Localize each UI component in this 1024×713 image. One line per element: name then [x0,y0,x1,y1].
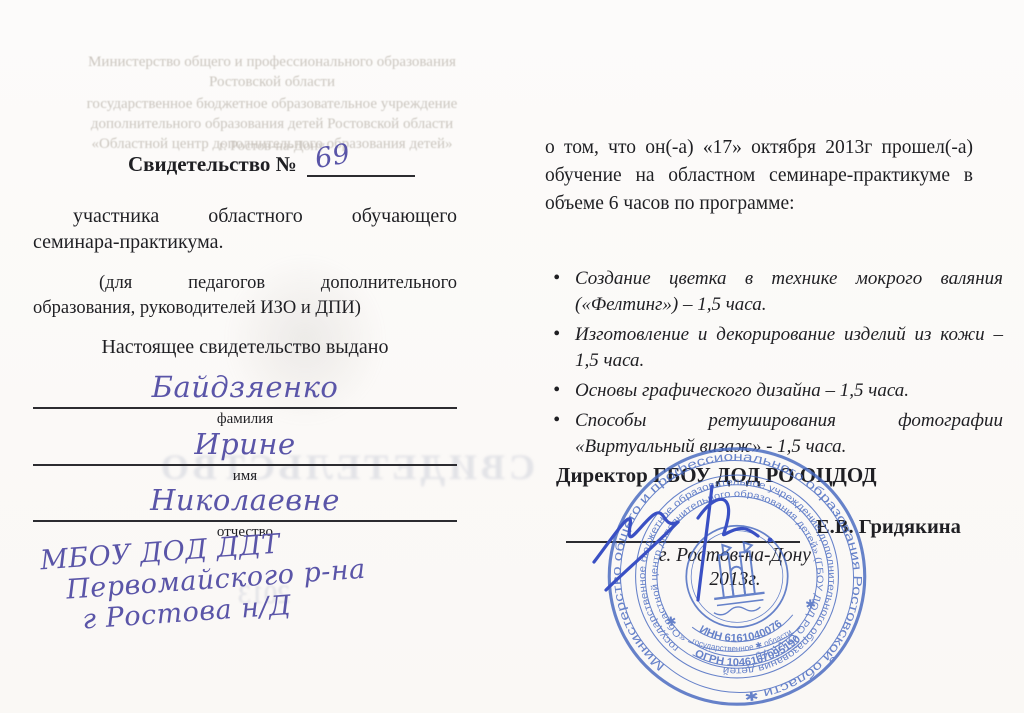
certificate-title-label: Свидетельство № [128,152,297,177]
field-surname: Байдзяенко фамилия [33,370,457,428]
certificate-scan: Министерство общего и профессионального … [0,0,1024,713]
audience-note: (для педагогов дополнительного образован… [33,271,457,321]
bleedthrough-line: Министерство общего и профессионального … [28,52,516,72]
certificate-title: Свидетельство № 69 [128,149,415,177]
bleedthrough-line: государственное бюджетное образовательно… [28,94,516,114]
surname-rule [33,407,457,409]
program-item: Создание цветка в технике мокрого валяни… [545,266,1003,318]
program-item: Основы графического дизайна – 1,5 часа. [545,378,1003,404]
certificate-number-handwritten: 69 [312,138,352,175]
patronymic-rule [33,520,457,522]
bleedthrough-line: Ростовской области [28,72,516,92]
certificate-number-line: 69 [307,149,415,177]
participant-line: участника областного обучающего семинара… [33,203,457,255]
stamp-star-left: ✱ [665,614,678,629]
firstname-handwritten: Ирине [33,427,457,464]
surname-label: фамилия [33,410,457,428]
bleedthrough-block-top: Министерство общего и профессионального … [28,52,516,92]
program-item: Изготовление и декорирование изделий из … [545,322,1003,374]
statement-paragraph: о том, что он(-а) «17» октября 2013г про… [545,134,973,218]
program-list: Создание цветка в технике мокрого валяни… [545,266,1003,464]
patronymic-handwritten: Николаевне [33,483,457,520]
field-firstname: Ирине имя [33,427,457,485]
issued-line: Настоящее свидетельство выдано [33,336,457,359]
bleedthrough-line: дополнительного образования детей Ростов… [28,114,516,134]
surname-handwritten: Байдзяенко [33,370,457,407]
director-signature [580,478,820,608]
firstname-rule [33,464,457,466]
